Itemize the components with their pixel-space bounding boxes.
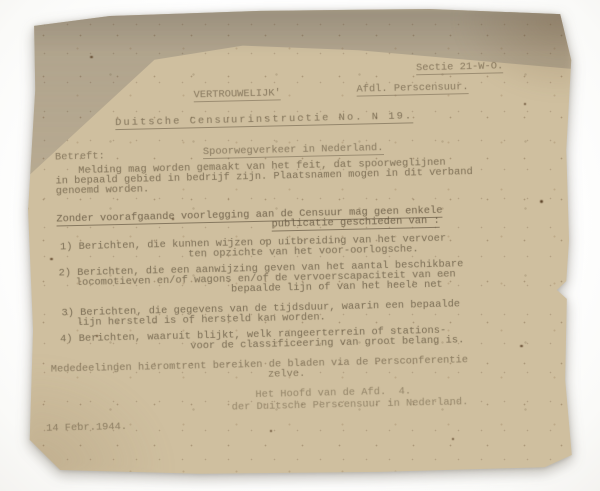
rule-heading-line2: publicatie geschieden van : xyxy=(271,216,439,232)
typewritten-text-layer: Sectie 21-W-O. VERTROUWELIJK' Afdl. Pers… xyxy=(17,2,580,484)
list-item2-line3: bepaalde lijn of van het heele net xyxy=(231,280,443,295)
document-title: Duitsche Censuurinstructie No. N 19. xyxy=(115,111,413,130)
subject-text: Spoorwegverkeer in Nederland. xyxy=(203,143,384,159)
closing-line2: zelve. xyxy=(268,369,306,380)
photo-backdrop: Sectie 21-W-O. VERTROUWELIJK' Afdl. Pers… xyxy=(0,0,600,491)
closing-line1: Mededeelingen hieromtrent bereiken de bl… xyxy=(51,355,468,375)
document-paper: Sectie 21-W-O. VERTROUWELIJK' Afdl. Pers… xyxy=(22,8,574,478)
paper-shading-layer: Sectie 21-W-O. VERTROUWELIJK' Afdl. Pers… xyxy=(22,8,574,478)
header-department-line: Afdl. Perscensuur. xyxy=(356,82,468,97)
header-section-line: Sectie 21-W-O. xyxy=(416,61,503,75)
footer-reference-date: 14 Febr.1944. xyxy=(46,422,127,434)
header-confidential-label: VERTROUWELIJK' xyxy=(194,88,281,102)
subject-label: Betreft: xyxy=(55,151,105,162)
paragraph1-line3: genoemd worden. xyxy=(56,184,150,196)
